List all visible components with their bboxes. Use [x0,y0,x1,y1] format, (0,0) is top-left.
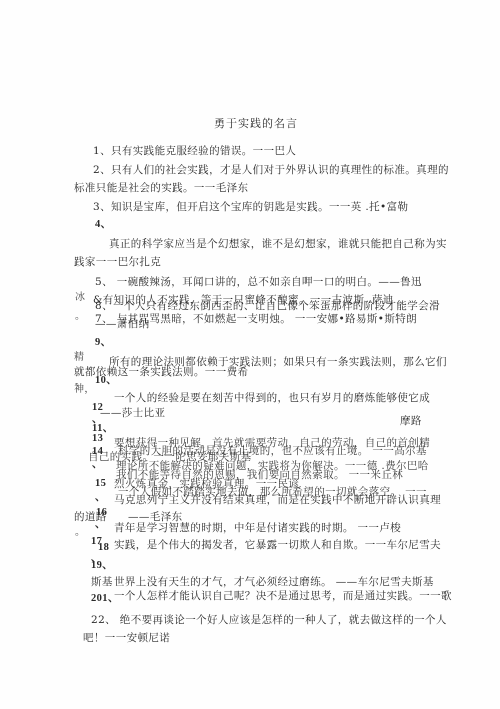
document-title: 勇于实践的名言 [214,118,298,130]
quote-2-line-1: 2、只有人们的社会实践，才是人们对于外界认识的真理性的标准。真理的 [93,164,449,176]
quote-8-line-1: 8、一个人只有经过东倒西歪的、让自己像个笨蛋那样的阶段才能学会滑 [95,300,440,312]
margin-char-jing: 精 [74,352,84,364]
quote-16-number: 16 [96,507,107,519]
quote-15-number: 15 [95,478,106,490]
quote-4-line-1: 真正的科学家应当是个幻想家，谁不是幻想家，谁就只能把自己称为实 [109,238,447,250]
quote-10-line-2: ——莎士比亚 [100,407,165,419]
quote-4-line-2: 践家一一巴尔扎克 [74,256,161,268]
quote-20: 一个人怎样才能认识自己呢？决不是通过思考，而是通过实践。一一歌 [114,590,452,602]
quote-22-line-2: 吧！一一安顿尼诺 [83,632,170,644]
margin-char-bing: 冰 [75,292,85,304]
quote-10-number: 10、 [95,375,117,387]
quote-18: 实践，是个伟大的揭发者，它暴露一切欺人和自欺。一一车尔尼雪夫 [114,539,441,551]
quote-13-number: 13 [92,433,103,445]
quote-2-line-2: 标准只能是社会的实践。一一毛泽东 [74,182,248,194]
margin-dot: 。 [75,311,85,323]
quote-16-line-2: 马克思列宁主义并没有结束真理，而是在实践中不断地开辟认识真理 [114,494,441,506]
quote-8-line-2: ——萧伯纳 [95,318,150,330]
margin-char-shen: 神， [74,384,95,396]
quote-4-number: 4、 [95,219,112,231]
quote-9-number: 9、 [95,337,112,349]
margin-dot: 。 [75,527,85,539]
mark: 、 [95,492,106,504]
quote-1: 1、只有实践能克服经验的错误。一一巴人 [93,145,296,157]
margin-char-molu: 摩路 [400,415,422,427]
quote-19: 世界上没有天生的才气，才气必须经过磨练。 ——车尔尼雪夫斯基 [114,576,434,588]
margin-char-siji: 斯基 [91,576,113,588]
mark: 、 [95,519,106,531]
quote-5: 5、 一碗酸辣汤，耳闻口讲的，总不如亲自呷一口的明白。——鲁迅 [95,276,422,288]
quote-17: 青年是学习智慧的时期，中年是付诸实践的时期。 一一卢梭 [114,522,401,534]
quote-19-number: 19、 [91,560,113,572]
quote-3: 3、知识是宝库，但开启这个宝库的钥匙是实践。一一英 .托•富勒 [93,201,408,213]
document-page: 勇于实践的名言 1、只有实践能克服经验的错误。一一巴人 2、只有人们的社会实践，… [0,0,500,709]
quote-10-line-1: 一个人的经验是要在刻苦中得到的，也只有岁月的磨炼能够使它成 [114,392,430,404]
mark: 、 [92,459,103,471]
quote-22-line-1: 22、 绝不要再谈论一个好人应该是怎样的一种人了，就去做这样的一个人 [91,614,447,626]
